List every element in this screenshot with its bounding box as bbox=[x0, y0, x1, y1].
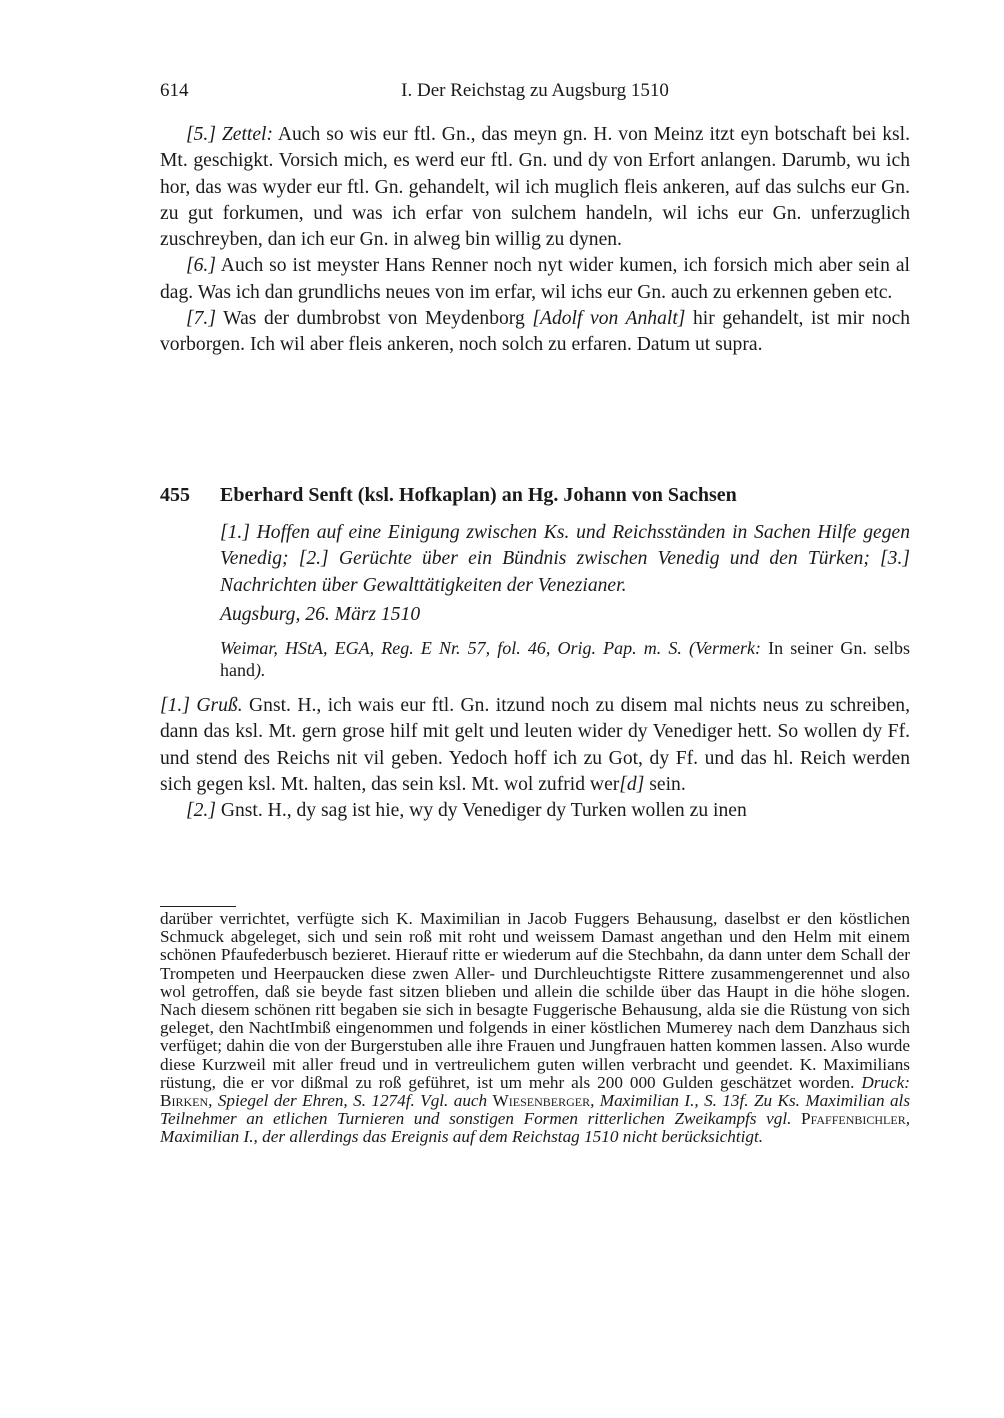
author-name: Birken bbox=[160, 1091, 208, 1110]
body-paragraph-2: [2.] Gnst. H., dy sag ist hie, wy dy Ven… bbox=[160, 798, 910, 824]
document-source: Weimar, HStA, EGA, Reg. E Nr. 57, fol. 4… bbox=[220, 637, 910, 681]
document-number: 455 bbox=[160, 484, 190, 507]
paragraph-5: [5.] Zettel: Auch so wis eur ftl. Gn., d… bbox=[160, 122, 910, 253]
paragraph-marker: [1.] Gruß. bbox=[160, 695, 243, 716]
paragraph-6: [6.] Auch so ist meyster Hans Renner noc… bbox=[160, 253, 910, 306]
body-paragraph-1: [1.] Gruß. Gnst. H., ich wais eur ftl. G… bbox=[160, 693, 910, 798]
previous-document-text: [5.] Zettel: Auch so wis eur ftl. Gn., d… bbox=[160, 122, 910, 359]
paragraph-marker: [2.] bbox=[186, 800, 216, 821]
document-place-date: Augsburg, 26. März 1510 bbox=[220, 604, 420, 626]
paragraph-marker: [7.] bbox=[186, 308, 216, 329]
author-name: Wiesenberger bbox=[493, 1091, 591, 1110]
document-regest: [1.] Hoffen auf eine Einigung zwischen K… bbox=[220, 520, 910, 599]
editorial-insert: [d] bbox=[619, 774, 644, 795]
footnote: darüber verrichtet, verfügte sich K. Max… bbox=[160, 910, 910, 1147]
running-head: I. Der Reichstag zu Augsburg 1510 bbox=[160, 80, 910, 102]
page-header: 614 I. Der Reichstag zu Augsburg 1510 bbox=[160, 80, 910, 106]
editorial-insert: [Adolf von Anhalt] bbox=[532, 308, 685, 329]
document-body: [1.] Gruß. Gnst. H., ich wais eur ftl. G… bbox=[160, 693, 910, 824]
paragraph-marker: [6.] bbox=[186, 255, 216, 276]
author-name: Pfaffenbichler bbox=[801, 1109, 906, 1128]
paragraph-7: [7.] Was der dumbrobst von Meydenborg [A… bbox=[160, 306, 910, 359]
paragraph-marker: [5.] Zettel: bbox=[186, 124, 273, 145]
footnote-divider bbox=[160, 906, 236, 907]
document-title: Eberhard Senft (ksl. Hofkaplan) an Hg. J… bbox=[220, 484, 737, 507]
